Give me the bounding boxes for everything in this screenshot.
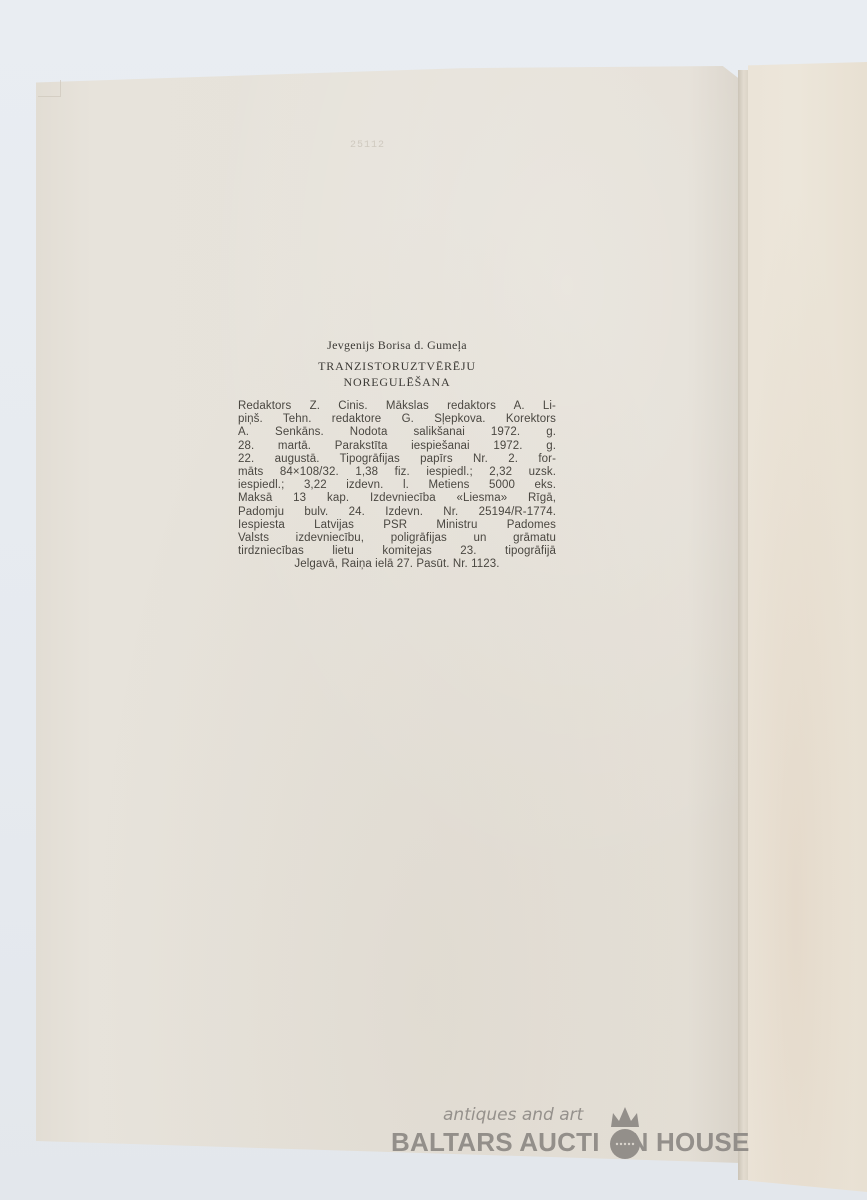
colophon-line: 28. martā. Parakstīta iespiešanai 1972. … — [238, 440, 556, 453]
crown-orb-icon — [607, 1105, 643, 1165]
colophon-details: Redaktors Z. Cinis. Mākslas redaktors A.… — [238, 400, 556, 572]
colophon-line: Iespiesta Latvijas PSR Ministru Padomes — [238, 519, 556, 532]
colophon-line: Padomju bulv. 24. Izdevn. Nr. 25194/R-17… — [238, 506, 556, 519]
colophon-line: Valsts izdevniecību, poligrāfijas un grā… — [238, 532, 556, 545]
colophon-line: A. Senkāns. Nodota salikšanai 1972. g. — [238, 426, 556, 439]
colophon-line: Redaktors Z. Cinis. Mākslas redaktors A.… — [238, 400, 556, 413]
watermark-brand-right: N HOUSE — [630, 1127, 750, 1157]
title-line-2: NOREGULĒŠANA — [238, 374, 556, 390]
auction-house-watermark: antiques and art BALTARS AUCTIN HOUSE — [383, 1105, 803, 1165]
watermark-brand-left: BALTARS AUCTI — [391, 1127, 600, 1157]
faint-stamp: 25112 — [350, 140, 385, 151]
colophon-line: tirdzniecības lietu komitejas 23. tipogr… — [238, 545, 556, 558]
watermark-brand: BALTARS AUCTIN HOUSE — [391, 1127, 750, 1158]
colophon-line: iespiedl.; 3,22 izdevn. l. Metiens 5000 … — [238, 479, 556, 492]
right-page — [748, 62, 867, 1192]
watermark-tagline: antiques and art — [443, 1105, 583, 1125]
colophon-line: Jelgavā, Raiņa ielā 27. Pasūt. Nr. 1123. — [238, 558, 556, 571]
page-corner-fold — [38, 80, 61, 97]
imprint-block: Jevgenijs Borisa d. Gumeļa TRANZISTORUZT… — [238, 338, 556, 572]
colophon-line: māts 84×108/32. 1,38 fiz. iespiedl.; 2,3… — [238, 466, 556, 479]
author-name: Jevgenijs Borisa d. Gumeļa — [238, 338, 556, 353]
left-page — [36, 66, 744, 1163]
title-line-1: TRANZISTORUZTVĒRĒJU — [238, 358, 556, 374]
colophon-line: 22. augustā. Tipogrāfijas papīrs Nr. 2. … — [238, 453, 556, 466]
colophon-line: Maksā 13 kap. Izdevniecība «Liesma» Rīgā… — [238, 492, 556, 505]
colophon-line: piņš. Tehn. redaktore G. Sļepkova. Korek… — [238, 413, 556, 426]
